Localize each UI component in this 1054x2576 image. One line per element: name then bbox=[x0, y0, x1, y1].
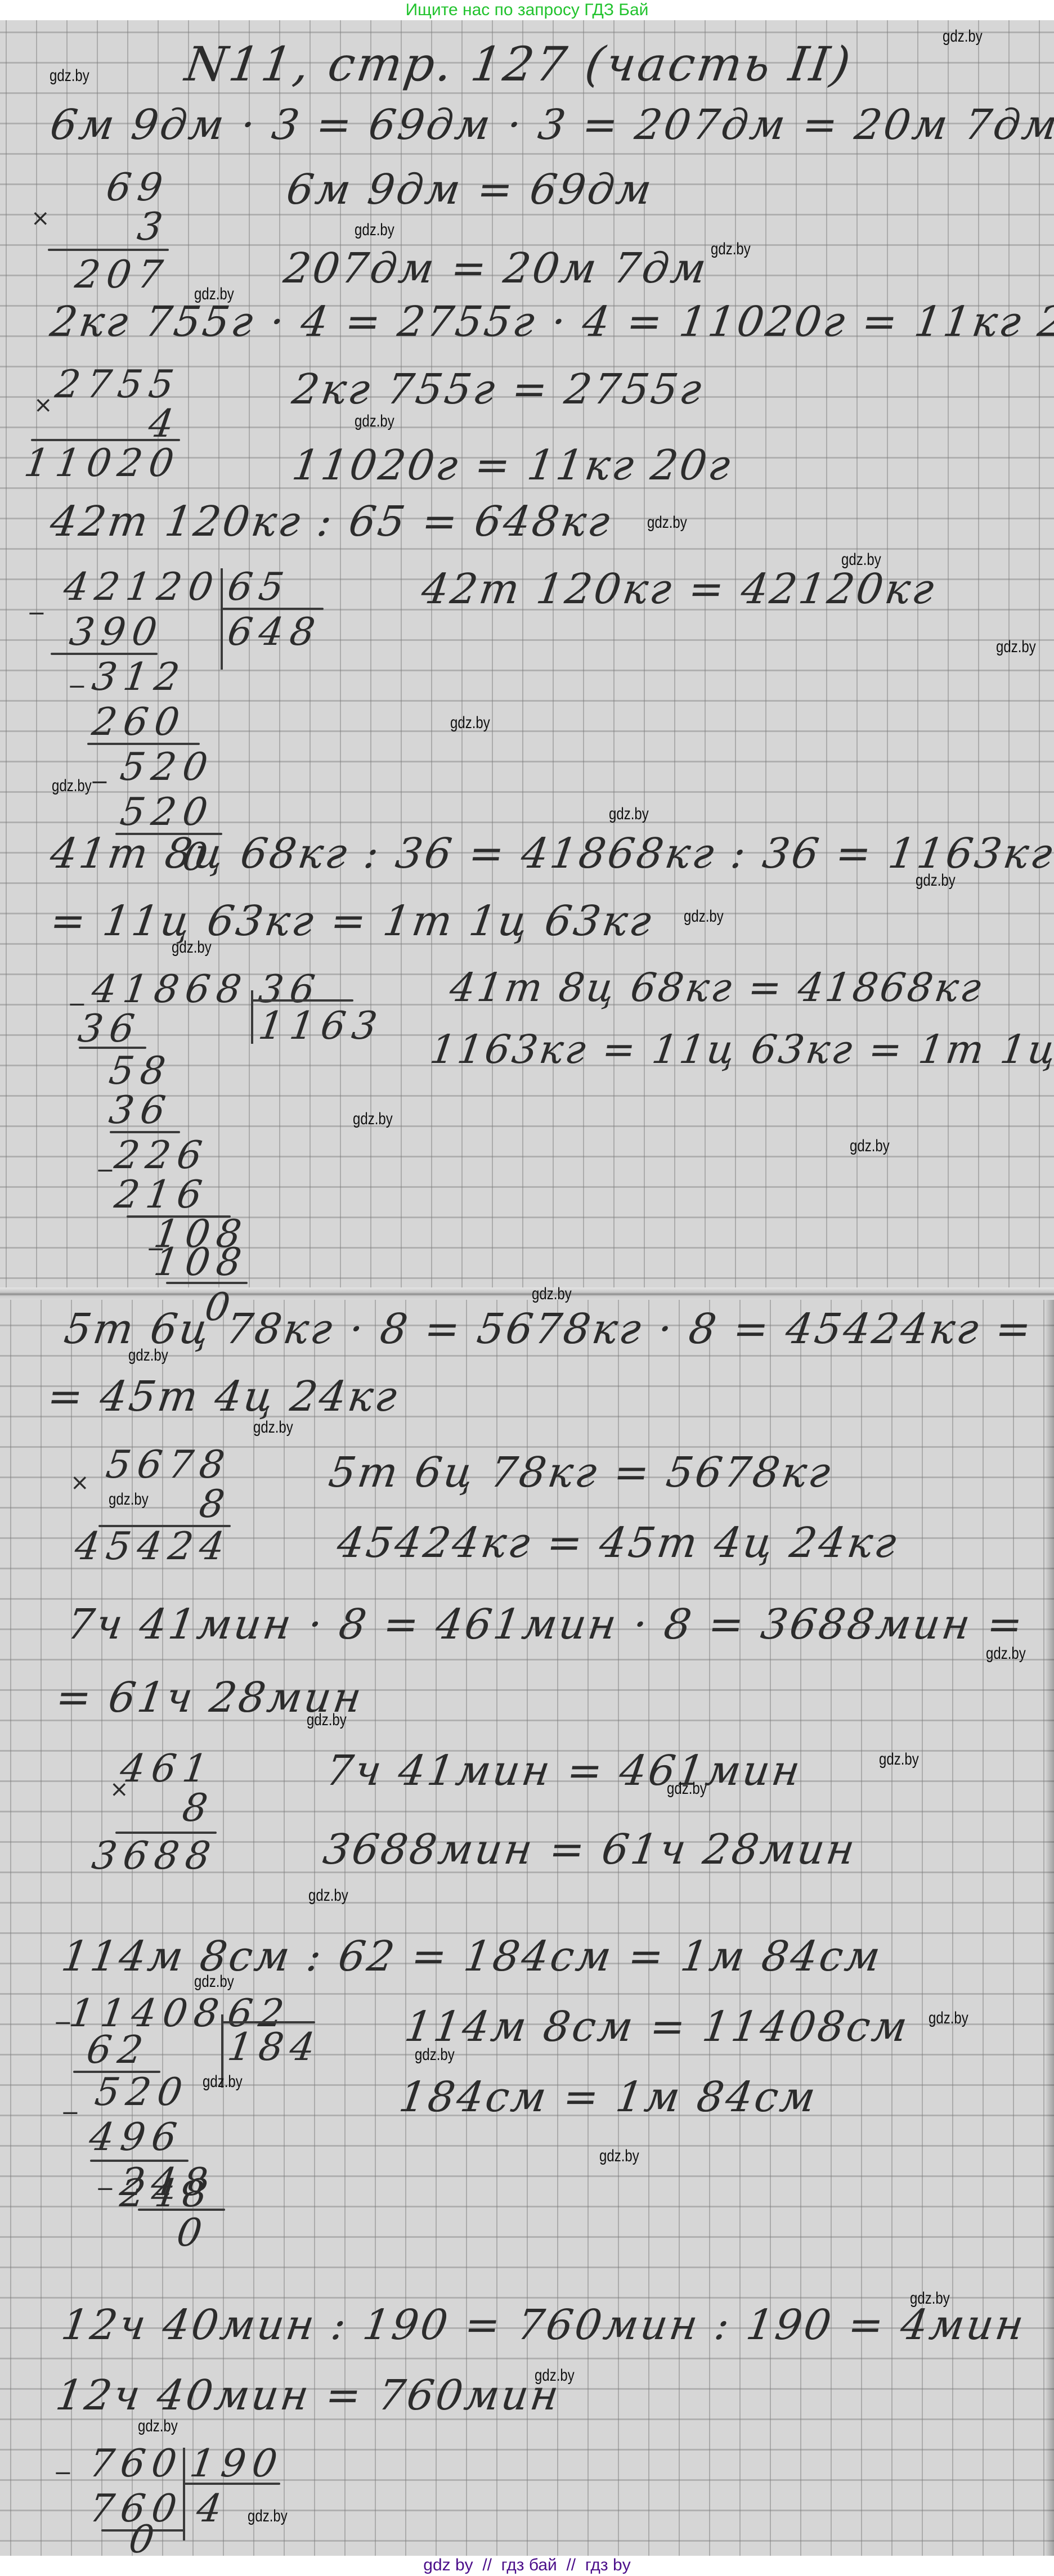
division-quotient: 648 bbox=[225, 613, 332, 652]
conversion-2a: 2кг 755г = 2755г bbox=[290, 369, 706, 410]
watermark: gdz.by bbox=[532, 1285, 572, 1304]
watermark: gdz.by bbox=[172, 938, 212, 957]
division-dividend: 760 bbox=[59, 2445, 186, 2483]
column-rule bbox=[166, 1282, 248, 1284]
column-result: 207 bbox=[37, 256, 172, 294]
watermark: gdz.by bbox=[138, 2417, 178, 2436]
watermark: gdz.by bbox=[194, 1972, 234, 1991]
minus-sign: − bbox=[53, 2012, 73, 2034]
equation-4-line-2: = 11ц 63кг = 1т 1ц 63кг bbox=[48, 900, 656, 942]
conversion-3a: 42т 120кг = 42120кг bbox=[419, 568, 939, 610]
division-step: 216 bbox=[53, 1176, 211, 1214]
watermark: gdz.by bbox=[353, 1110, 393, 1129]
division-step: 36 bbox=[53, 1092, 174, 1130]
column-factor-2: 3 bbox=[37, 208, 172, 246]
conversion-1b: 207дм = 20м 7дм bbox=[281, 248, 711, 289]
footer-links: gdz by // гдз бай // гдз by bbox=[0, 2556, 1054, 2576]
watermark: gdz.by bbox=[307, 1711, 347, 1730]
watermark: gdz.by bbox=[450, 713, 490, 733]
minus-sign: − bbox=[90, 771, 109, 793]
watermark: gdz.by bbox=[850, 1137, 890, 1156]
top-banner: Ищите нас по запросу ГДЗ Бай bbox=[0, 0, 1054, 20]
conversion-5a: 5т 6ц 78кг = 5678кг bbox=[326, 1452, 835, 1493]
watermark: gdz.by bbox=[203, 2072, 243, 2092]
division-step: 58 bbox=[53, 1052, 174, 1090]
conversion-1a: 6м 9дм = 69дм bbox=[284, 169, 656, 210]
watermark: gdz.by bbox=[599, 2147, 639, 2166]
watermark: gdz.by bbox=[684, 907, 724, 926]
division-step: 496 bbox=[59, 2119, 186, 2157]
division-remainder: 0 bbox=[59, 2214, 211, 2252]
equation-2: 2кг 755г · 4 = 2755г · 4 = 11020г = 11кг… bbox=[48, 301, 1054, 343]
watermark: gdz.by bbox=[711, 240, 751, 259]
division-dividend: 42120 bbox=[31, 568, 222, 607]
equation-6-line-1: 7ч 41мин · 8 = 461мин · 8 = 3688мин = bbox=[65, 1604, 1028, 1645]
equation-3: 42т 120кг : 65 = 648кг bbox=[48, 501, 615, 542]
column-factor-1: 2755 bbox=[20, 366, 183, 404]
watermark: gdz.by bbox=[50, 66, 89, 86]
watermark: gdz.by bbox=[647, 513, 687, 532]
column-result: 3688 bbox=[82, 1837, 219, 1875]
division-step: 62 bbox=[59, 2031, 152, 2070]
conversion-7b: 184см = 1м 84см bbox=[397, 2076, 820, 2118]
column-result: 45424 bbox=[59, 1528, 234, 1566]
equation-4-line-1: 41т 8ц 68кг : 36 = 41868кг : 36 = 1163кг… bbox=[48, 833, 1054, 874]
equation-8: 12ч 40мин : 190 = 760мин : 190 = 4мин bbox=[59, 2304, 1028, 2346]
conversion-6a: 7ч 41мин = 461мин bbox=[324, 1750, 805, 1792]
division-divisor: 190 bbox=[187, 2445, 294, 2483]
division-step: 260 bbox=[31, 703, 189, 742]
watermark: gdz.by bbox=[355, 412, 394, 431]
division-step: 312 bbox=[31, 658, 189, 697]
division-step: 390 bbox=[31, 613, 166, 652]
equation-7: 114м 8см : 62 = 184см = 1м 84см bbox=[59, 1936, 885, 1977]
division-bar bbox=[251, 990, 253, 1044]
watermark: gdz.by bbox=[943, 27, 983, 46]
watermark: gdz.by bbox=[535, 2366, 575, 2385]
conversion-6b: 3688мин = 61ч 28мин bbox=[321, 1829, 859, 1870]
equation-5-line-2: = 45т 4ц 24кг bbox=[45, 1376, 402, 1417]
watermark: gdz.by bbox=[308, 1886, 348, 1905]
division-step: 226 bbox=[53, 1137, 211, 1175]
division-divisor: 36 bbox=[256, 971, 340, 1009]
watermark: gdz.by bbox=[996, 638, 1036, 657]
conversion-7a: 114м 8см = 11408см bbox=[402, 2006, 912, 2048]
division-quotient: 184 bbox=[225, 2029, 332, 2067]
division-dividend: 41868 bbox=[59, 971, 250, 1009]
division-step: 520 bbox=[31, 793, 217, 832]
watermark: gdz.by bbox=[916, 871, 956, 890]
watermark: gdz.by bbox=[841, 550, 881, 569]
conversion-4b: 1163кг = 11ц 63кг = 1т 1ц 63кг bbox=[428, 1030, 1054, 1069]
column-factor-1: 5678 bbox=[82, 1446, 234, 1484]
equation-1: 6м 9дм · 3 = 69дм · 3 = 207дм = 20м 7дм bbox=[48, 104, 1054, 146]
column-factor-2: 8 bbox=[82, 1486, 234, 1524]
column-result: 11020 bbox=[20, 445, 183, 483]
watermark: gdz.by bbox=[609, 805, 649, 824]
watermark: gdz.by bbox=[910, 2289, 950, 2308]
division-divisor: 65 bbox=[225, 568, 310, 607]
column-rule bbox=[48, 249, 169, 251]
watermark: gdz.by bbox=[415, 2045, 455, 2065]
division-dividend: 11408 bbox=[59, 1995, 228, 2033]
watermark: gdz.by bbox=[194, 285, 234, 304]
equation-5-line-1: 5т 6ц 78кг · 8 = 5678кг · 8 = 45424кг = bbox=[62, 1308, 1036, 1350]
watermark: gdz.by bbox=[52, 777, 92, 796]
watermark: gdz.by bbox=[879, 1750, 919, 1769]
column-factor-2: 8 bbox=[98, 1789, 217, 1828]
watermark: gdz.by bbox=[355, 221, 394, 240]
watermark: gdz.by bbox=[986, 1644, 1026, 1663]
watermark: gdz.by bbox=[109, 1490, 149, 1509]
division-step: 36 bbox=[53, 1010, 143, 1048]
conversion-8a: 12ч 40мин = 760мин bbox=[53, 2375, 563, 2416]
minus-sign: − bbox=[68, 675, 87, 698]
watermark: gdz.by bbox=[667, 1779, 707, 1798]
division-rule bbox=[252, 999, 353, 1002]
column-factor-1: 461 bbox=[98, 1750, 217, 1788]
watermark: gdz.by bbox=[248, 2507, 288, 2526]
conversion-4a: 41т 8ц 68кг = 41868кг bbox=[447, 968, 985, 1007]
conversion-5b: 45424кг = 45т 4ц 24кг bbox=[335, 1522, 901, 1564]
watermark: gdz.by bbox=[128, 1346, 168, 1365]
column-factor-2: 4 bbox=[20, 405, 183, 443]
conversion-2b: 11020г = 11кг 20г bbox=[290, 445, 735, 486]
exercise-title: N11, стр. 127 (часть II) bbox=[182, 41, 855, 88]
division-quotient: 1163 bbox=[256, 1007, 374, 1045]
column-factor-1: 69 bbox=[37, 169, 172, 207]
division-step: 108 bbox=[53, 1244, 250, 1282]
watermark: gdz.by bbox=[253, 1418, 293, 1437]
division-bar bbox=[221, 568, 223, 670]
watermark: gdz.by bbox=[929, 2009, 968, 2028]
division-step: 248 bbox=[59, 2175, 217, 2213]
division-rule bbox=[185, 2483, 280, 2485]
division-rule bbox=[222, 2021, 315, 2023]
page-edge-shadow bbox=[1045, 1300, 1054, 2556]
division-remainder: 0 bbox=[59, 2521, 163, 2559]
